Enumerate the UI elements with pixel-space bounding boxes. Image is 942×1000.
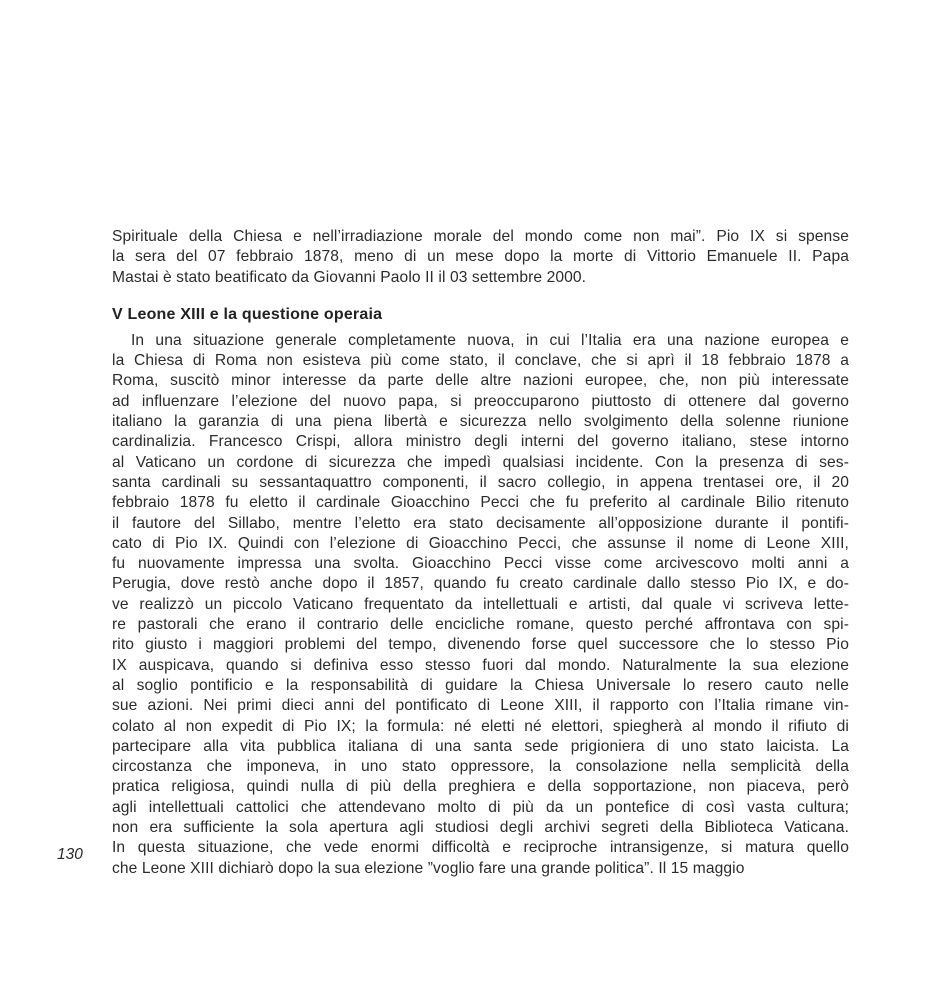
text-line: ve realizzò un piccolo Vaticano frequent…	[112, 595, 849, 615]
text-line: ad influenzare l’elezione del nuovo papa…	[112, 392, 849, 412]
section-heading-leone-xiii: V Leone XIII e la questione operaia	[112, 305, 849, 325]
text-line: agli intellettuali cattolici che attende…	[112, 798, 849, 818]
text-line: re pastorali che erano il contrario dell…	[112, 615, 849, 635]
text-line: non era sufficiente la sola apertura agl…	[112, 818, 849, 838]
text-line: fu nuovamente impressa una svolta. Gioac…	[112, 554, 849, 574]
text-line: Roma, suscitò minor interesse da parte d…	[112, 371, 849, 391]
text-line: al soglio pontificio e la responsabilità…	[112, 676, 849, 696]
text-line: In una situazione generale completamente…	[112, 331, 849, 351]
text-line: cardinalizia. Francesco Crispi, allora m…	[112, 432, 849, 452]
text-line: al Vaticano un cordone di sicurezza che …	[112, 453, 849, 473]
text-line: cato di Pio IX. Quindi con l’elezione di…	[112, 534, 849, 554]
text-line: Perugia, dove restò anche dopo il 1857, …	[112, 574, 849, 594]
text-line: Spirituale della Chiesa e nell’irradiazi…	[112, 227, 849, 247]
text-line: che Leone XIII dichiarò dopo la sua elez…	[112, 859, 849, 879]
text-line: rito giusto i maggiori problemi del temp…	[112, 635, 849, 655]
text-line: febbraio 1878 fu eletto il cardinale Gio…	[112, 493, 849, 513]
text-line: italiano la garanzia di una piena libert…	[112, 412, 849, 432]
text-line: sue azioni. Nei primi dieci anni del pon…	[112, 696, 849, 716]
text-line: pratica religiosa, quindi nulla di più d…	[112, 777, 849, 797]
text-line: IX auspicava, quando si definiva esso st…	[112, 656, 849, 676]
text-line: partecipare alla vita pubblica italiana …	[112, 737, 849, 757]
text-line: santa cardinali su sessantaquattro compo…	[112, 473, 849, 493]
page-number: 130	[57, 846, 83, 864]
paragraph-pio-ix-death: Spirituale della Chiesa e nell’irradiazi…	[112, 227, 849, 288]
text-line: il fautore del Sillabo, mentre l’eletto …	[112, 514, 849, 534]
text-line: la sera del 07 febbraio 1878, meno di un…	[112, 247, 849, 267]
text-line: In questa situazione, che vede enormi di…	[112, 838, 849, 858]
text-line: circostanza che imponeva, in uno stato o…	[112, 757, 849, 777]
text-line: la Chiesa di Roma non esisteva più come …	[112, 351, 849, 371]
text-line: Mastai è stato beatificato da Giovanni P…	[112, 268, 849, 288]
text-line: colato al non expedit di Pio IX; la form…	[112, 717, 849, 737]
paragraph-leone-xiii-conclave: In una situazione generale completamente…	[112, 331, 849, 879]
document-page: 130 Spirituale della Chiesa e nell’irrad…	[0, 0, 942, 1000]
text-column: Spirituale della Chiesa e nell’irradiazi…	[112, 227, 849, 879]
